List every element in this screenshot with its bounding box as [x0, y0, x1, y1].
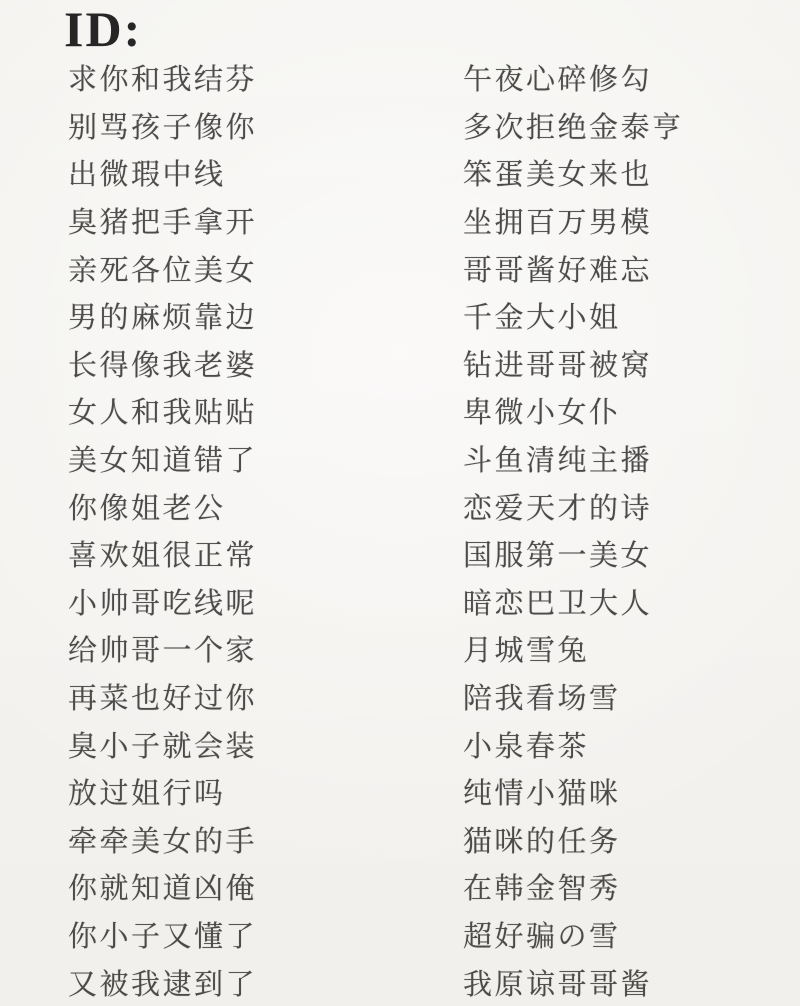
id-item: 臭小子就会装: [68, 720, 257, 768]
id-item: 亲死各位美女: [68, 244, 257, 292]
id-item: 放过姐行吗: [68, 768, 257, 816]
id-column-left: 求你和我结芬 别骂孩子像你 出微瑕中线 臭猪把手拿开 亲死各位美女 男的麻烦靠边…: [68, 54, 257, 1006]
id-item: 猫咪的任务: [463, 816, 684, 864]
id-item: 长得像我老婆: [68, 340, 257, 388]
id-item: 你小子又懂了: [68, 911, 257, 959]
id-item: 卑微小女仆: [463, 387, 684, 435]
id-item: 女人和我贴贴: [68, 387, 257, 435]
id-item: 你就知道凶俺: [68, 863, 257, 911]
id-item: 小泉春茶: [463, 720, 684, 768]
id-column-right: 午夜心碎修勾 多次拒绝金泰亨 笨蛋美女来也 坐拥百万男模 哥哥酱好难忘 千金大小…: [463, 54, 684, 1006]
id-item: 又被我逮到了: [68, 958, 257, 1006]
id-list-page: ID: 求你和我结芬 别骂孩子像你 出微瑕中线 臭猪把手拿开 亲死各位美女 男的…: [0, 0, 800, 1006]
id-item: 暗恋巴卫大人: [463, 578, 684, 626]
id-item: 给帅哥一个家: [68, 625, 257, 673]
id-item: 超好骗の雪: [463, 911, 684, 959]
id-item: 坐拥百万男模: [463, 197, 684, 245]
id-item: 牵牵美女的手: [68, 816, 257, 864]
id-item: 陪我看场雪: [463, 673, 684, 721]
id-item: 午夜心碎修勾: [463, 54, 684, 102]
id-item: 在韩金智秀: [463, 863, 684, 911]
page-title: ID:: [64, 4, 142, 54]
id-item: 斗鱼清纯主播: [463, 435, 684, 483]
id-item: 求你和我结芬: [68, 54, 257, 102]
id-item: 月城雪兔: [463, 625, 684, 673]
id-item: 国服第一美女: [463, 530, 684, 578]
id-item: 恋爱天才的诗: [463, 482, 684, 530]
id-item: 纯情小猫咪: [463, 768, 684, 816]
id-item: 多次拒绝金泰亨: [463, 102, 684, 150]
id-item: 喜欢姐很正常: [68, 530, 257, 578]
id-item: 笨蛋美女来也: [463, 149, 684, 197]
id-item: 千金大小姐: [463, 292, 684, 340]
id-item: 再菜也好过你: [68, 673, 257, 721]
id-item: 别骂孩子像你: [68, 102, 257, 150]
id-item: 臭猪把手拿开: [68, 197, 257, 245]
id-item: 男的麻烦靠边: [68, 292, 257, 340]
id-item: 钻进哥哥被窝: [463, 340, 684, 388]
id-item: 哥哥酱好难忘: [463, 244, 684, 292]
id-item: 小帅哥吃线呢: [68, 578, 257, 626]
id-item: 我原谅哥哥酱: [463, 958, 684, 1006]
id-item: 美女知道错了: [68, 435, 257, 483]
id-item: 出微瑕中线: [68, 149, 257, 197]
id-item: 你像姐老公: [68, 482, 257, 530]
